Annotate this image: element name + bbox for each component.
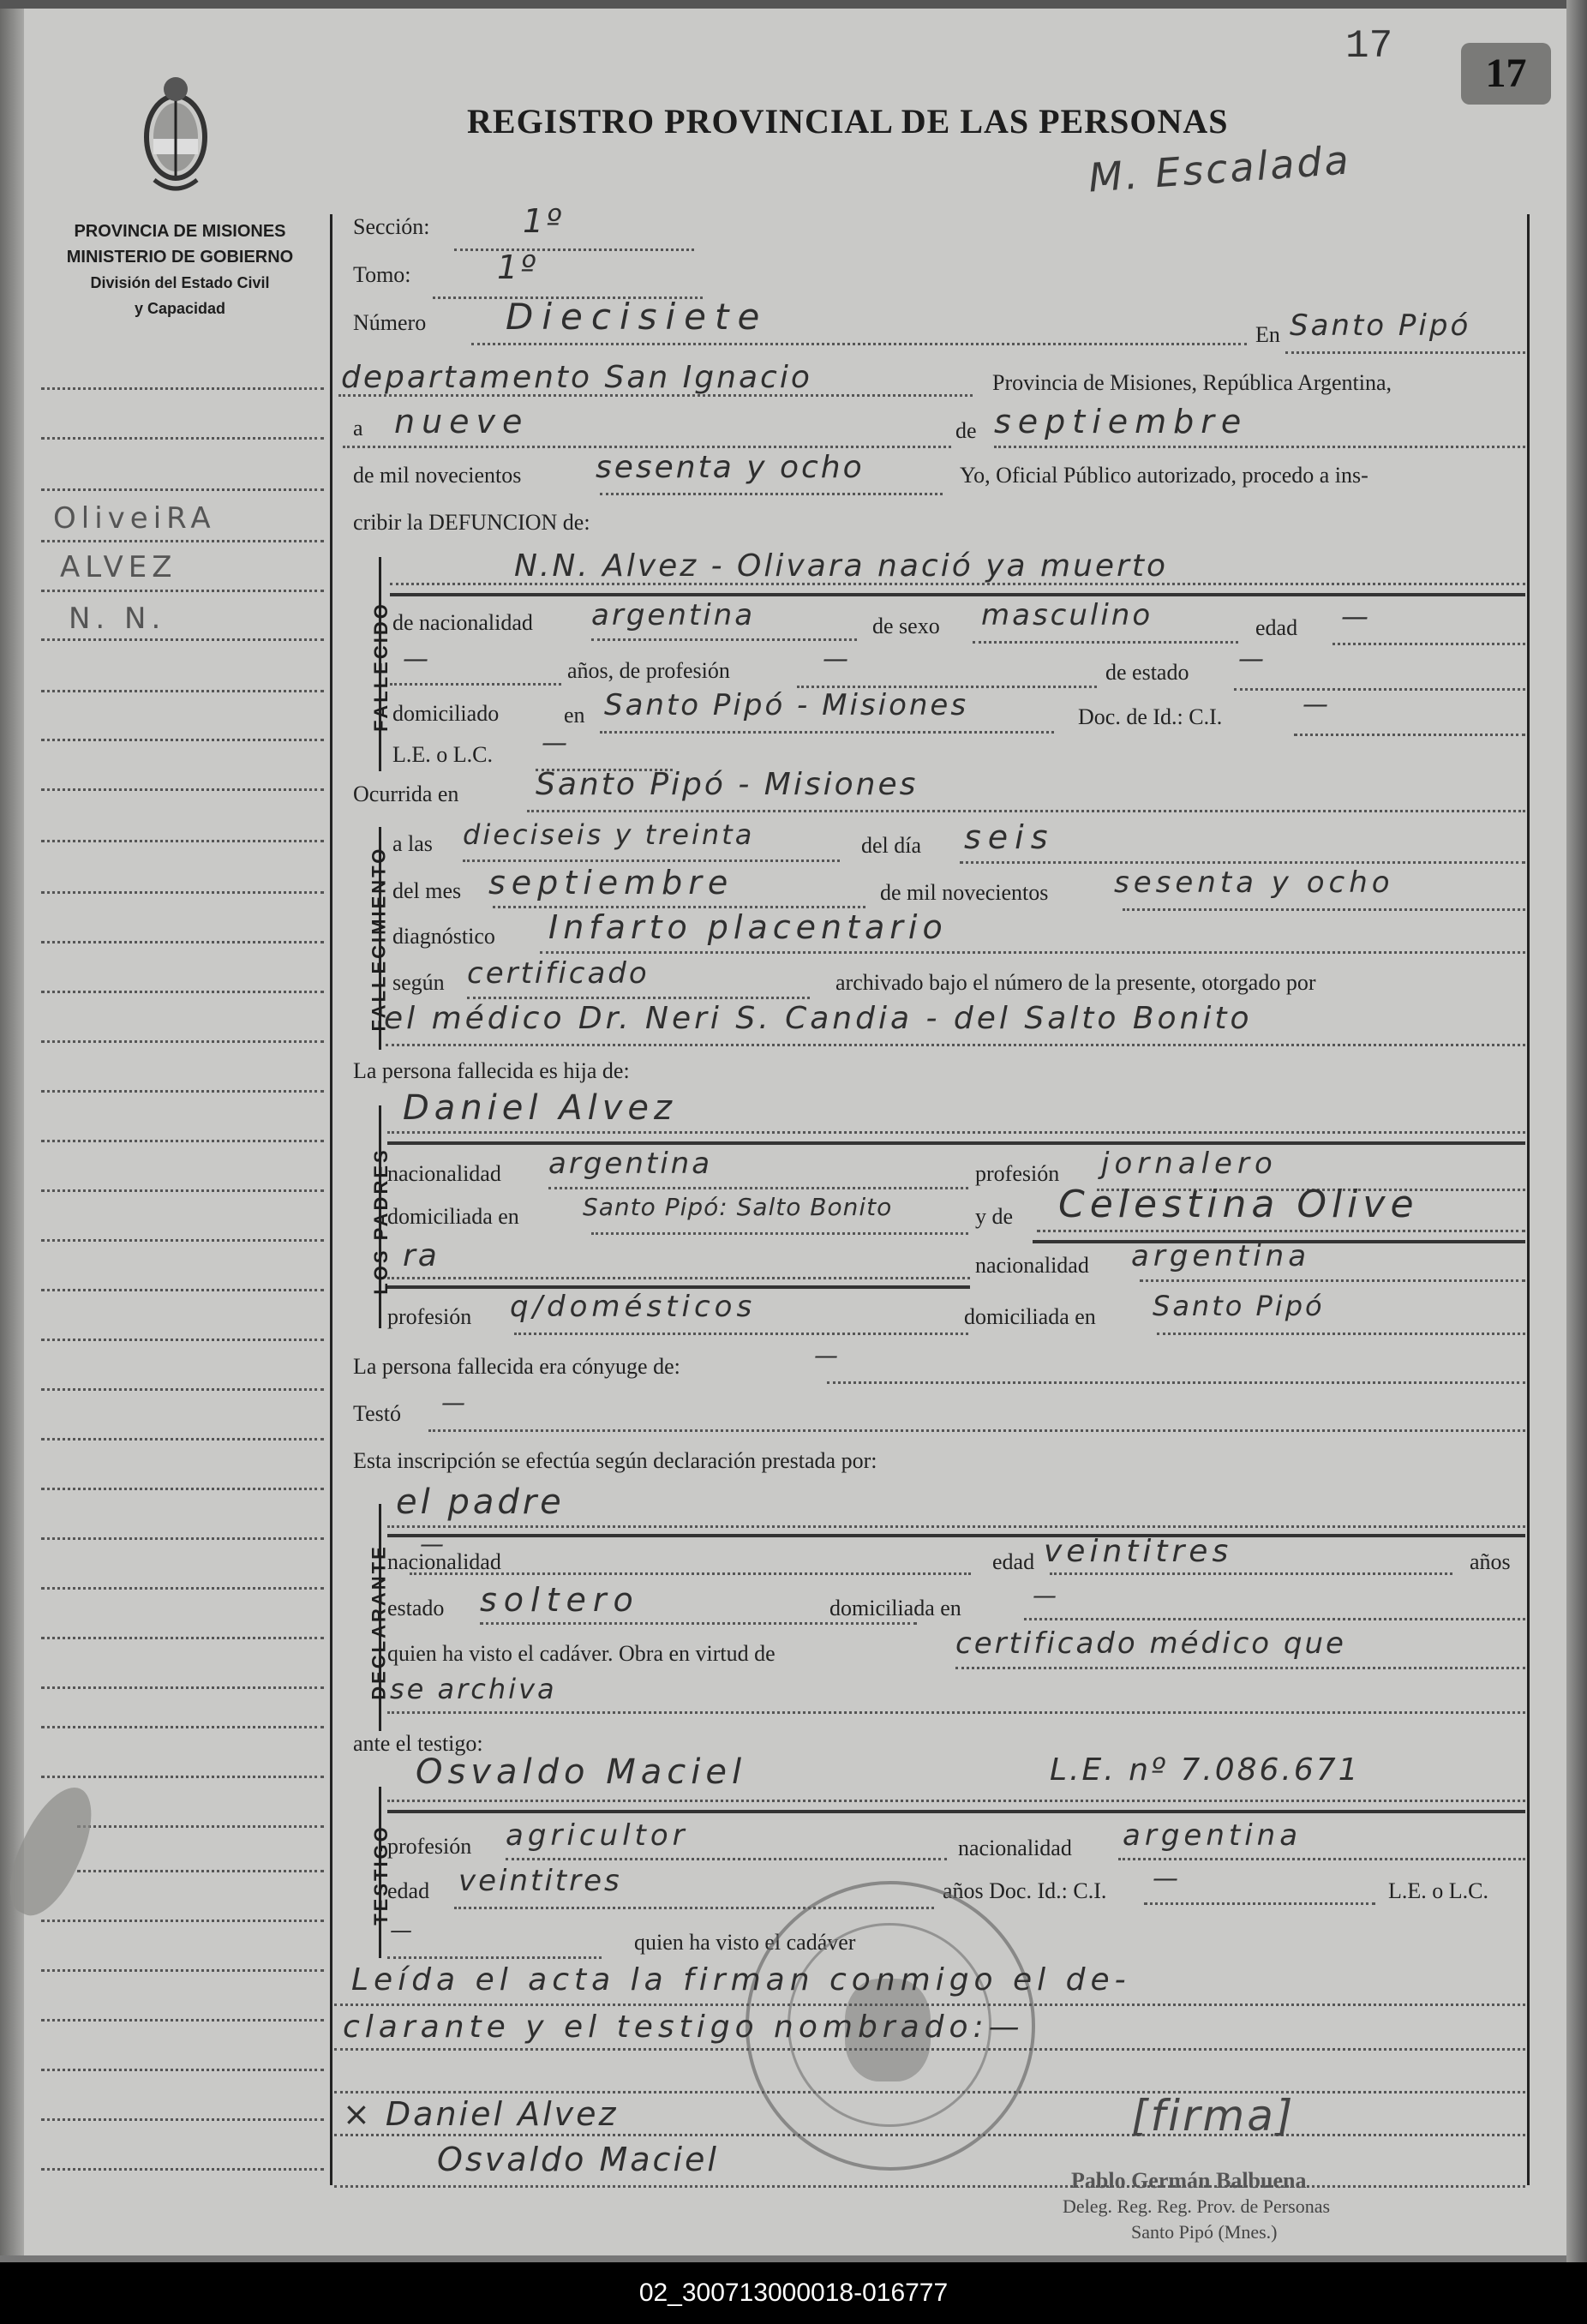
margin-line bbox=[41, 840, 324, 842]
padre-profesion-label: profesión bbox=[975, 1161, 1059, 1187]
document-title: REGISTRO PROVINCIAL DE LAS PERSONAS bbox=[467, 101, 1229, 141]
official-name: Pablo Germán Balbuena bbox=[1071, 2168, 1306, 2194]
margin-line bbox=[41, 1587, 324, 1590]
diagnostico-line bbox=[540, 951, 1525, 954]
madre-nacionalidad-label: nacionalidad bbox=[975, 1253, 1089, 1279]
testigo-nombre-underline bbox=[387, 1810, 1525, 1813]
padre-domicilio-line bbox=[591, 1232, 968, 1235]
margin-line bbox=[41, 1388, 324, 1391]
segun-label: según bbox=[392, 970, 445, 996]
declarante-virtud-label: quien ha visto el cadáver. Obra en virtu… bbox=[387, 1641, 776, 1667]
fallecido-nacionalidad-label: de nacionalidad bbox=[392, 610, 533, 636]
signature-rule-1 bbox=[334, 2134, 1525, 2136]
numero-value: Diecisiete bbox=[506, 296, 768, 338]
closing-line-3-rule bbox=[334, 2091, 1525, 2093]
fallecido-le-label: L.E. o L.C. bbox=[392, 742, 493, 768]
testigo-doc-value: L.E. nº 7.086.671 bbox=[1050, 1752, 1361, 1788]
margin-line bbox=[41, 1686, 324, 1689]
margin-line bbox=[41, 1969, 324, 1972]
de-label: de bbox=[955, 418, 977, 444]
margin-line bbox=[41, 1637, 324, 1639]
madre-profesion-line bbox=[514, 1333, 968, 1335]
inscribir-text-content: cribir la DEFUNCION de: bbox=[353, 510, 590, 535]
margin-line bbox=[41, 1189, 324, 1192]
madre-domicilio-line bbox=[1157, 1333, 1525, 1335]
testo-line bbox=[428, 1429, 1525, 1432]
year-prefix: de mil novecientos bbox=[353, 463, 521, 488]
declarante-nacionalidad-line bbox=[410, 1572, 971, 1575]
page-top-edge bbox=[0, 0, 1587, 9]
signature-testigo: Osvaldo Maciel bbox=[437, 2141, 719, 2178]
margin-line bbox=[77, 1825, 324, 1828]
fallecido-domiciliado-label: domiciliado bbox=[392, 701, 499, 727]
segun-line bbox=[467, 997, 810, 999]
coat-of-arms-icon bbox=[129, 69, 223, 197]
testigo-nacionalidad-label: nacionalidad bbox=[958, 1836, 1072, 1861]
conyuge-value: — bbox=[814, 1341, 841, 1369]
margin-line bbox=[41, 1090, 324, 1093]
margin-line bbox=[41, 1040, 324, 1043]
margin-note-surname-2: ALVEZ bbox=[60, 550, 177, 584]
hora-value: dieciseis y treinta bbox=[463, 818, 754, 851]
testigo-profesion-line bbox=[506, 1858, 947, 1860]
fallecido-anos-profesion-label: años, de profesión bbox=[567, 658, 730, 684]
provincia-text: Provincia de Misiones, República Argenti… bbox=[992, 370, 1392, 396]
fallecido-nacionalidad-line bbox=[591, 638, 857, 641]
testigo-nombre-line bbox=[387, 1800, 1525, 1802]
madre-nacionalidad-value: argentina bbox=[1131, 1239, 1310, 1273]
departamento-value: departamento San Ignacio bbox=[341, 360, 812, 395]
conyuge-line bbox=[827, 1381, 1525, 1384]
closing-line-2: clarante y el testigo nombrado:— bbox=[343, 2010, 1025, 2045]
seccion-value: 1º bbox=[523, 202, 564, 240]
declarante-virtud-value: certificado médico que bbox=[955, 1626, 1346, 1661]
madre-domicilio-value: Santo Pipó bbox=[1153, 1290, 1325, 1322]
signature-rule-2 bbox=[334, 2185, 1525, 2188]
padre-nacionalidad-value: argentina bbox=[548, 1147, 712, 1181]
margin-line bbox=[41, 1339, 324, 1341]
fallecido-doc-label: Doc. de Id.: C.I. bbox=[1078, 704, 1222, 730]
margin-line bbox=[41, 1488, 324, 1490]
fallecido-name-value: N.N. Alvez - Olivara nació ya muerto bbox=[514, 548, 1168, 584]
declarante-virtud-line bbox=[955, 1667, 1525, 1669]
fallecido-estado-line bbox=[1234, 688, 1525, 691]
declarante-virtud-cont-line bbox=[387, 1711, 1525, 1714]
fallecido-estado-value: — bbox=[1238, 644, 1267, 674]
a-label: a bbox=[353, 416, 363, 441]
margin-line bbox=[41, 590, 324, 592]
year-value: sesenta y ocho bbox=[596, 450, 865, 485]
declarante-anos-label: años bbox=[1470, 1549, 1511, 1575]
en-line bbox=[1285, 351, 1525, 354]
numero-line bbox=[471, 343, 1247, 345]
margin-line bbox=[41, 991, 324, 993]
dia-label: del día bbox=[861, 833, 921, 859]
margin-note-surname-1: OliveiRA bbox=[53, 501, 216, 536]
image-id-footer: 02_300713000018-016777 bbox=[0, 2262, 1587, 2324]
margin-line bbox=[41, 941, 324, 943]
departamento-line bbox=[338, 394, 973, 397]
testigo-edad-label: edad bbox=[387, 1878, 429, 1904]
testigo-edad-value: veintitres bbox=[458, 1864, 622, 1898]
page-number-stamp: 17 bbox=[1461, 43, 1551, 105]
issuer-ministry: MINISTERIO DE GOBIERNO bbox=[34, 244, 326, 270]
margin-line bbox=[41, 488, 324, 491]
testigo-nombre-value: Osvaldo Maciel bbox=[416, 1752, 746, 1792]
fallecido-sexo-line bbox=[973, 641, 1238, 644]
testigo-nacionalidad-line bbox=[1118, 1858, 1525, 1860]
fallecido-section-label: FALLECIDO bbox=[370, 590, 392, 744]
margin-line bbox=[41, 2168, 324, 2171]
medico-line bbox=[386, 1044, 1525, 1046]
declarante-edad-value: veintitres bbox=[1044, 1534, 1232, 1569]
fallecido-nacionalidad-value: argentina bbox=[591, 598, 755, 632]
margin-line bbox=[41, 891, 324, 894]
fallecido-name-line bbox=[390, 583, 1525, 585]
padre-nombre-underline bbox=[387, 1141, 1525, 1145]
margin-line bbox=[77, 1870, 324, 1872]
fallecido-domicilio-value: Santo Pipó - Misiones bbox=[604, 688, 968, 722]
declarante-domiciliada-label: domiciliada en bbox=[829, 1596, 961, 1621]
margin-line bbox=[41, 788, 324, 791]
padre-domicilio-value: Santo Pipó: Salto Bonito bbox=[583, 1193, 892, 1221]
fallecido-en-label: en bbox=[564, 703, 585, 728]
margin-line bbox=[41, 2019, 324, 2022]
margin-line bbox=[41, 690, 324, 692]
declarante-estado-line bbox=[480, 1622, 917, 1625]
testo-value: — bbox=[441, 1388, 468, 1417]
testigo-row-line bbox=[387, 1956, 602, 1959]
seccion-line bbox=[454, 249, 694, 251]
issuer-block: PROVINCIA DE MISIONES MINISTERIO DE GOBI… bbox=[34, 219, 326, 321]
margin-line bbox=[41, 1776, 324, 1778]
day-value: nueve bbox=[394, 403, 529, 440]
madre-nombre-cont-value: ra bbox=[403, 1238, 440, 1273]
madre-nombre-value: Celestina Olive bbox=[1058, 1183, 1419, 1226]
testigo-le-label: L.E. o L.C. bbox=[1388, 1878, 1488, 1904]
fallecido-edad-line bbox=[1332, 643, 1525, 645]
issuer-division: División del Estado Civil bbox=[34, 270, 326, 296]
ink-stain bbox=[0, 1776, 108, 1926]
margin-line bbox=[41, 387, 324, 390]
declarante-nombre-line bbox=[387, 1525, 1525, 1528]
anio-line bbox=[1123, 908, 1525, 911]
madre-profesion-label: profesión bbox=[387, 1304, 471, 1330]
official-place: Santo Pipó (Mnes.) bbox=[1131, 2221, 1278, 2243]
margin-line bbox=[41, 1920, 324, 1922]
margin-divider bbox=[330, 214, 332, 2185]
year-line bbox=[600, 493, 943, 495]
testigo-ci-line bbox=[1144, 1902, 1375, 1905]
margin-line bbox=[41, 540, 324, 542]
en-value: Santo Pipó bbox=[1290, 308, 1470, 343]
madre-nombre-cont-underline bbox=[387, 1285, 970, 1289]
testo-label: Testó bbox=[353, 1401, 401, 1427]
y-de-label: y de bbox=[975, 1204, 1013, 1230]
hora-label: a las bbox=[392, 831, 433, 857]
declarante-edad-line bbox=[1050, 1572, 1452, 1575]
month-line bbox=[994, 446, 1525, 448]
inscribir-text: cribir la DEFUNCION de: bbox=[353, 510, 590, 536]
closing-line-1: Leída el acta la firman conmigo el de- bbox=[351, 1962, 1131, 1998]
tomo-value: 1º bbox=[497, 249, 538, 286]
declarante-estado-value: soltero bbox=[480, 1581, 640, 1619]
declarante-nombre-underline bbox=[387, 1534, 1525, 1537]
mes-value: septiembre bbox=[488, 864, 734, 901]
en-label: En bbox=[1255, 322, 1280, 348]
declarante-nombre-value: el padre bbox=[396, 1482, 565, 1522]
seccion-label: Sección: bbox=[353, 214, 430, 240]
declarante-estado-label: estado bbox=[387, 1596, 444, 1621]
hora-line bbox=[463, 860, 840, 862]
madre-domiciliada-label: domiciliada en bbox=[964, 1304, 1096, 1330]
declarante-edad-label: edad bbox=[992, 1549, 1034, 1575]
tomo-label: Tomo: bbox=[353, 262, 411, 288]
fallecido-anos-line bbox=[390, 683, 561, 686]
closing-line-1-rule bbox=[334, 2004, 1525, 2006]
segun-value: certificado bbox=[467, 956, 650, 991]
margin-line bbox=[41, 1289, 324, 1291]
fallecido-sexo-label: de sexo bbox=[872, 614, 940, 639]
issuer-province: PROVINCIA DE MISIONES bbox=[34, 219, 326, 244]
margin-line bbox=[41, 1239, 324, 1242]
page-bottom-edge bbox=[0, 2255, 1587, 2262]
right-border bbox=[1527, 214, 1530, 2185]
day-line bbox=[343, 446, 951, 448]
declarante-domicilio-value: — bbox=[1033, 1581, 1059, 1609]
official-text: Yo, Oficial Público autorizado, procedo … bbox=[960, 463, 1368, 488]
padre-domiciliada-label: domiciliada en bbox=[387, 1204, 519, 1230]
testigo-row-value: — bbox=[390, 1918, 415, 1944]
fallecido-edad-value: — bbox=[1341, 600, 1371, 632]
fallecido-doc-line bbox=[1294, 734, 1525, 736]
official-title: Deleg. Reg. Reg. Prov. de Personas bbox=[1063, 2195, 1330, 2218]
margin-note-name: N. N. bbox=[69, 602, 165, 636]
padre-nombre-line bbox=[387, 1131, 1525, 1134]
margin-line bbox=[41, 1140, 324, 1142]
testigo-profesion-value: agricultor bbox=[506, 1818, 689, 1853]
margin-line bbox=[41, 2118, 324, 2121]
fallecido-edad-label: edad bbox=[1255, 615, 1297, 641]
declaracion-text: Esta inscripción se efectúa según declar… bbox=[353, 1448, 877, 1474]
margin-line bbox=[41, 1537, 324, 1540]
fallecido-domicilio-line bbox=[600, 731, 1054, 734]
anio-value: sesenta y ocho bbox=[1114, 866, 1394, 900]
ocurrida-value: Santo Pipó - Misiones bbox=[536, 767, 918, 802]
madre-profesion-value: q/domésticos bbox=[510, 1290, 756, 1324]
padre-nacionalidad-label: nacionalidad bbox=[387, 1161, 501, 1187]
fallecido-le-value: — bbox=[542, 728, 570, 758]
fallecido-anos-value: — bbox=[403, 644, 431, 674]
margin-line bbox=[41, 1438, 324, 1441]
madre-nombre-line bbox=[1037, 1230, 1525, 1232]
mes-label: del mes bbox=[392, 878, 461, 904]
madre-nombre-cont-line bbox=[387, 1277, 970, 1279]
padres-intro: La persona fallecida es hija de: bbox=[353, 1058, 630, 1084]
margin-line bbox=[41, 2069, 324, 2071]
archivado-text: archivado bajo el número de la presente,… bbox=[835, 970, 1316, 996]
signature-declarante: × Daniel Alvez bbox=[343, 2095, 619, 2133]
diagnostico-label: diagnóstico bbox=[392, 924, 495, 949]
fallecido-doc-value: — bbox=[1303, 690, 1331, 720]
fallecido-name-underline bbox=[390, 593, 1525, 596]
padre-nombre-value: Daniel Alvez bbox=[403, 1088, 677, 1128]
signature-official: [firma] bbox=[1131, 2091, 1295, 2141]
declarante-virtud-value-cont: se archiva bbox=[390, 1673, 557, 1705]
testigo-anos-doc-label: años Doc. Id.: C.I. bbox=[943, 1878, 1106, 1904]
diagnostico-value: Infarto placentario bbox=[548, 908, 948, 946]
testigo-section-label: TESTIGO bbox=[370, 1815, 392, 1935]
document-page: PROVINCIA DE MISIONES MINISTERIO DE GOBI… bbox=[0, 0, 1587, 2262]
month-value: septiembre bbox=[994, 403, 1248, 440]
padre-profesion-value: jornalero bbox=[1101, 1147, 1278, 1181]
closing-line-2-rule bbox=[334, 2048, 1525, 2051]
declarante-domicilio-line bbox=[1024, 1618, 1525, 1620]
numero-label: Número bbox=[353, 310, 426, 336]
dia-line bbox=[960, 861, 1525, 864]
dia-value: seis bbox=[964, 818, 1055, 856]
padre-nacionalidad-line bbox=[548, 1187, 968, 1189]
ocurrida-line bbox=[527, 810, 1525, 812]
issuer-capacity: y Capacidad bbox=[34, 296, 326, 321]
testigo-nacionalidad-value: argentina bbox=[1123, 1818, 1302, 1853]
margin-line bbox=[41, 437, 324, 440]
margin-line bbox=[41, 638, 324, 641]
margin-line bbox=[41, 739, 324, 741]
top-signature: M. Escalada bbox=[1087, 136, 1352, 201]
margin-line bbox=[41, 1726, 324, 1728]
medico-value: el médico Dr. Neri S. Candia - del Salto… bbox=[384, 1001, 1253, 1036]
conyuge-label: La persona fallecida era cónyuge de: bbox=[353, 1354, 680, 1380]
testigo-ci-value: — bbox=[1153, 1864, 1181, 1894]
anio-label: de mil novecientos bbox=[880, 880, 1048, 906]
page-number: 17 bbox=[1345, 24, 1392, 69]
fallecido-sexo-value: masculino bbox=[981, 598, 1153, 632]
fallecido-profesion-value: — bbox=[823, 644, 851, 674]
ocurrida-label: Ocurrida en bbox=[353, 782, 458, 807]
declarante-nacionalidad-value: — bbox=[420, 1530, 446, 1558]
testigo-profesion-label: profesión bbox=[387, 1834, 471, 1860]
madre-nacionalidad-line bbox=[1140, 1279, 1525, 1282]
fallecido-estado-label: de estado bbox=[1105, 660, 1189, 686]
